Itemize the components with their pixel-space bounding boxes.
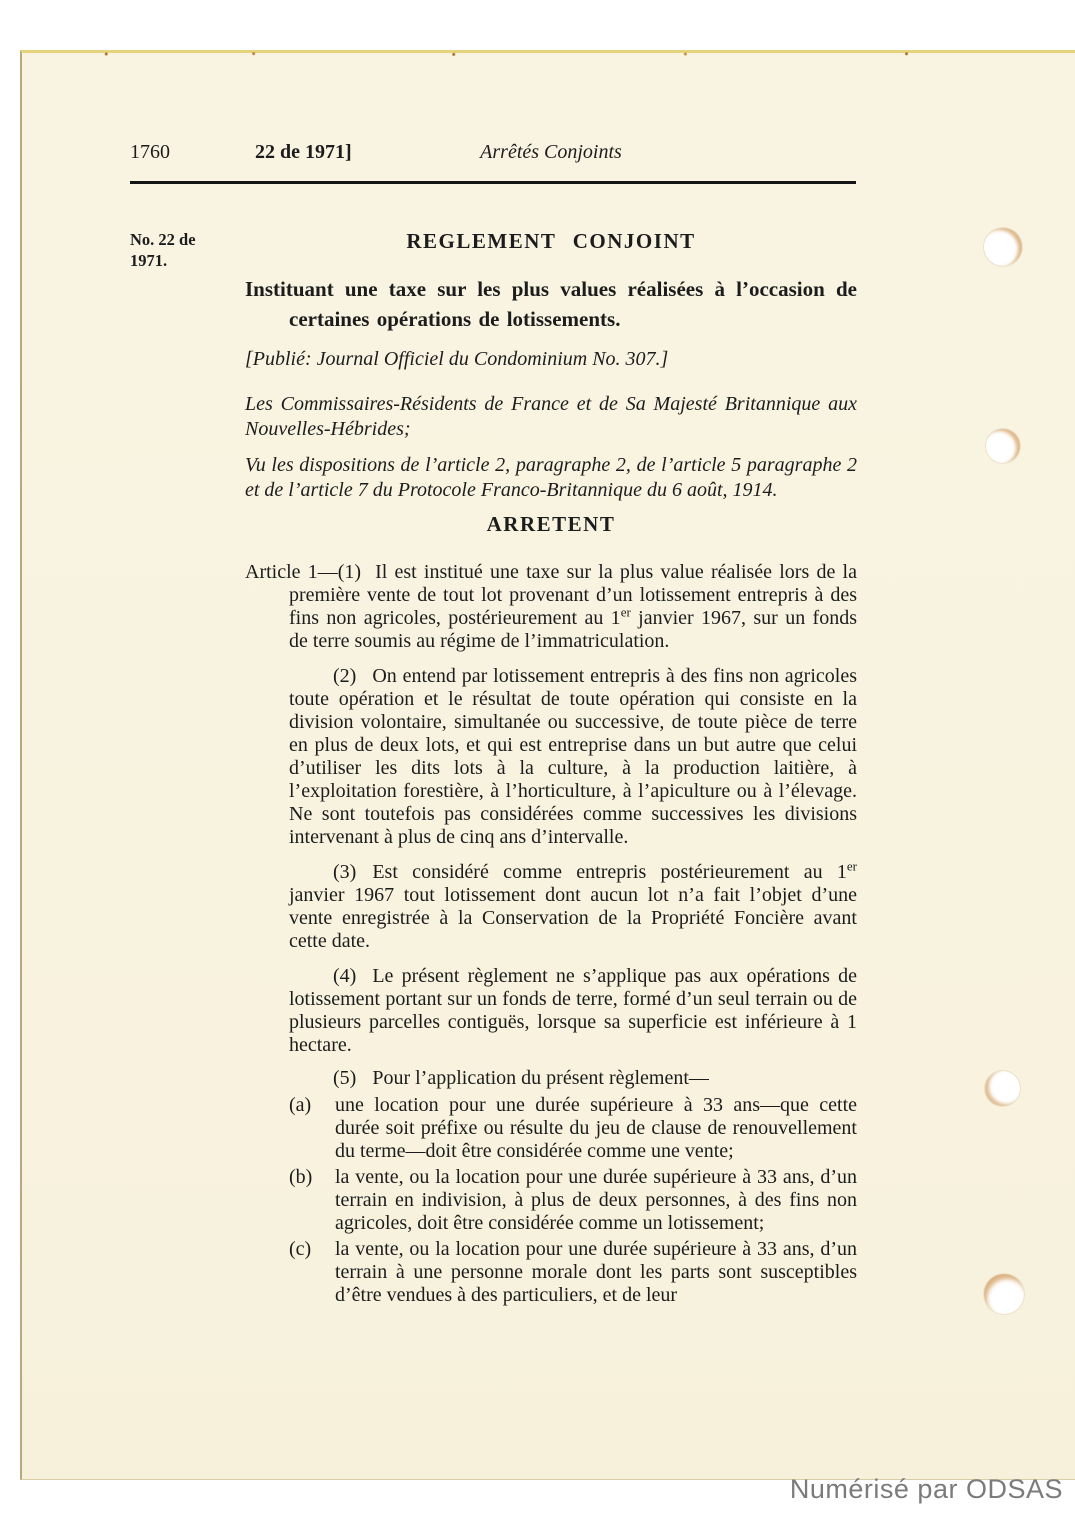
paragraph-number: (2) <box>333 665 372 687</box>
punch-hole <box>984 1274 1024 1314</box>
digitization-watermark: Numérisé par ODSAS <box>790 1474 1063 1505</box>
superscript-er: er <box>621 604 631 619</box>
superscript-er: er <box>847 858 857 873</box>
header-rule <box>130 181 856 184</box>
punch-hole <box>985 1071 1020 1106</box>
article-paragraph-4: (4)Le présent règlement ne s’applique pa… <box>245 965 857 1057</box>
margin-note: No. 22 de 1971. <box>130 229 240 271</box>
paper-sheet: 1760 22 de 1971] Arrêtés Conjoints No. 2… <box>20 50 1075 1480</box>
publication-note: [Publié: Journal Officiel du Condominium… <box>245 347 857 372</box>
list-item-label: (b) <box>289 1166 312 1189</box>
article-paragraph-4-text: Le présent règlement ne s’applique pas a… <box>289 965 857 1056</box>
article-paragraph-2-text: On entend par lotissement entrepris à de… <box>289 665 857 848</box>
list-item-c: (c) la vente, ou la location pour une du… <box>245 1238 857 1307</box>
article-paragraph-5: (5)Pour l’application du présent règleme… <box>245 1067 857 1090</box>
article-paragraph-5-text: Pour l’application du présent règlement— <box>372 1067 709 1089</box>
article-paragraph-1: Article 1—(1)Il est institué une taxe su… <box>245 561 857 653</box>
punch-hole <box>986 429 1020 463</box>
article-paragraph-2: (2)On entend par lotissement entrepris à… <box>245 665 857 849</box>
page-number: 1760 <box>130 141 170 164</box>
paragraph-number: (4) <box>333 965 372 987</box>
paragraph-number: (5) <box>333 1067 372 1089</box>
subject-paragraph: Instituant une taxe sur les plus values … <box>245 274 857 334</box>
running-title: Arrêtés Conjoints <box>480 141 622 163</box>
margin-note-line1: No. 22 de <box>130 229 240 250</box>
article-paragraph-3-text-cont: janvier 1967 tout lotissement dont aucun… <box>289 884 857 952</box>
text-column: REGLEMENT CONJOINT Instituant une taxe s… <box>245 229 857 1310</box>
regulation-heading: REGLEMENT CONJOINT <box>245 229 857 254</box>
list-item-label: (a) <box>289 1094 311 1117</box>
running-title-wrap: Arrêtés Conjoints <box>245 141 857 164</box>
article-paragraph-3: (3)Est considéré comme entrepris postéri… <box>245 861 857 953</box>
list-item-c-text: la vente, ou la location pour une durée … <box>335 1238 857 1306</box>
article-label: Article 1—(1) <box>245 561 375 583</box>
list-item-a-text: une location pour une durée supérieure à… <box>335 1094 857 1162</box>
list-item-a: (a) une location pour une durée supérieu… <box>245 1094 857 1163</box>
list-item-b: (b) la vente, ou la location pour une du… <box>245 1166 857 1235</box>
list-item-b-text: la vente, ou la location pour une durée … <box>335 1166 857 1234</box>
list-item-label: (c) <box>289 1238 311 1261</box>
preamble-visa: Vu les dispositions de l’article 2, para… <box>245 453 857 503</box>
enactment-heading: ARRETENT <box>245 512 857 537</box>
scanned-document-page: { "header": { "page_number": "1760", "is… <box>0 0 1075 1519</box>
margin-note-line2: 1971. <box>130 250 240 271</box>
preamble-addressers: Les Commissaires-Résidents de France et … <box>245 392 857 442</box>
punch-hole <box>984 228 1022 266</box>
paragraph-number: (3) <box>333 861 372 883</box>
article-paragraph-3-text: Est considéré comme entrepris postérieur… <box>372 861 847 883</box>
